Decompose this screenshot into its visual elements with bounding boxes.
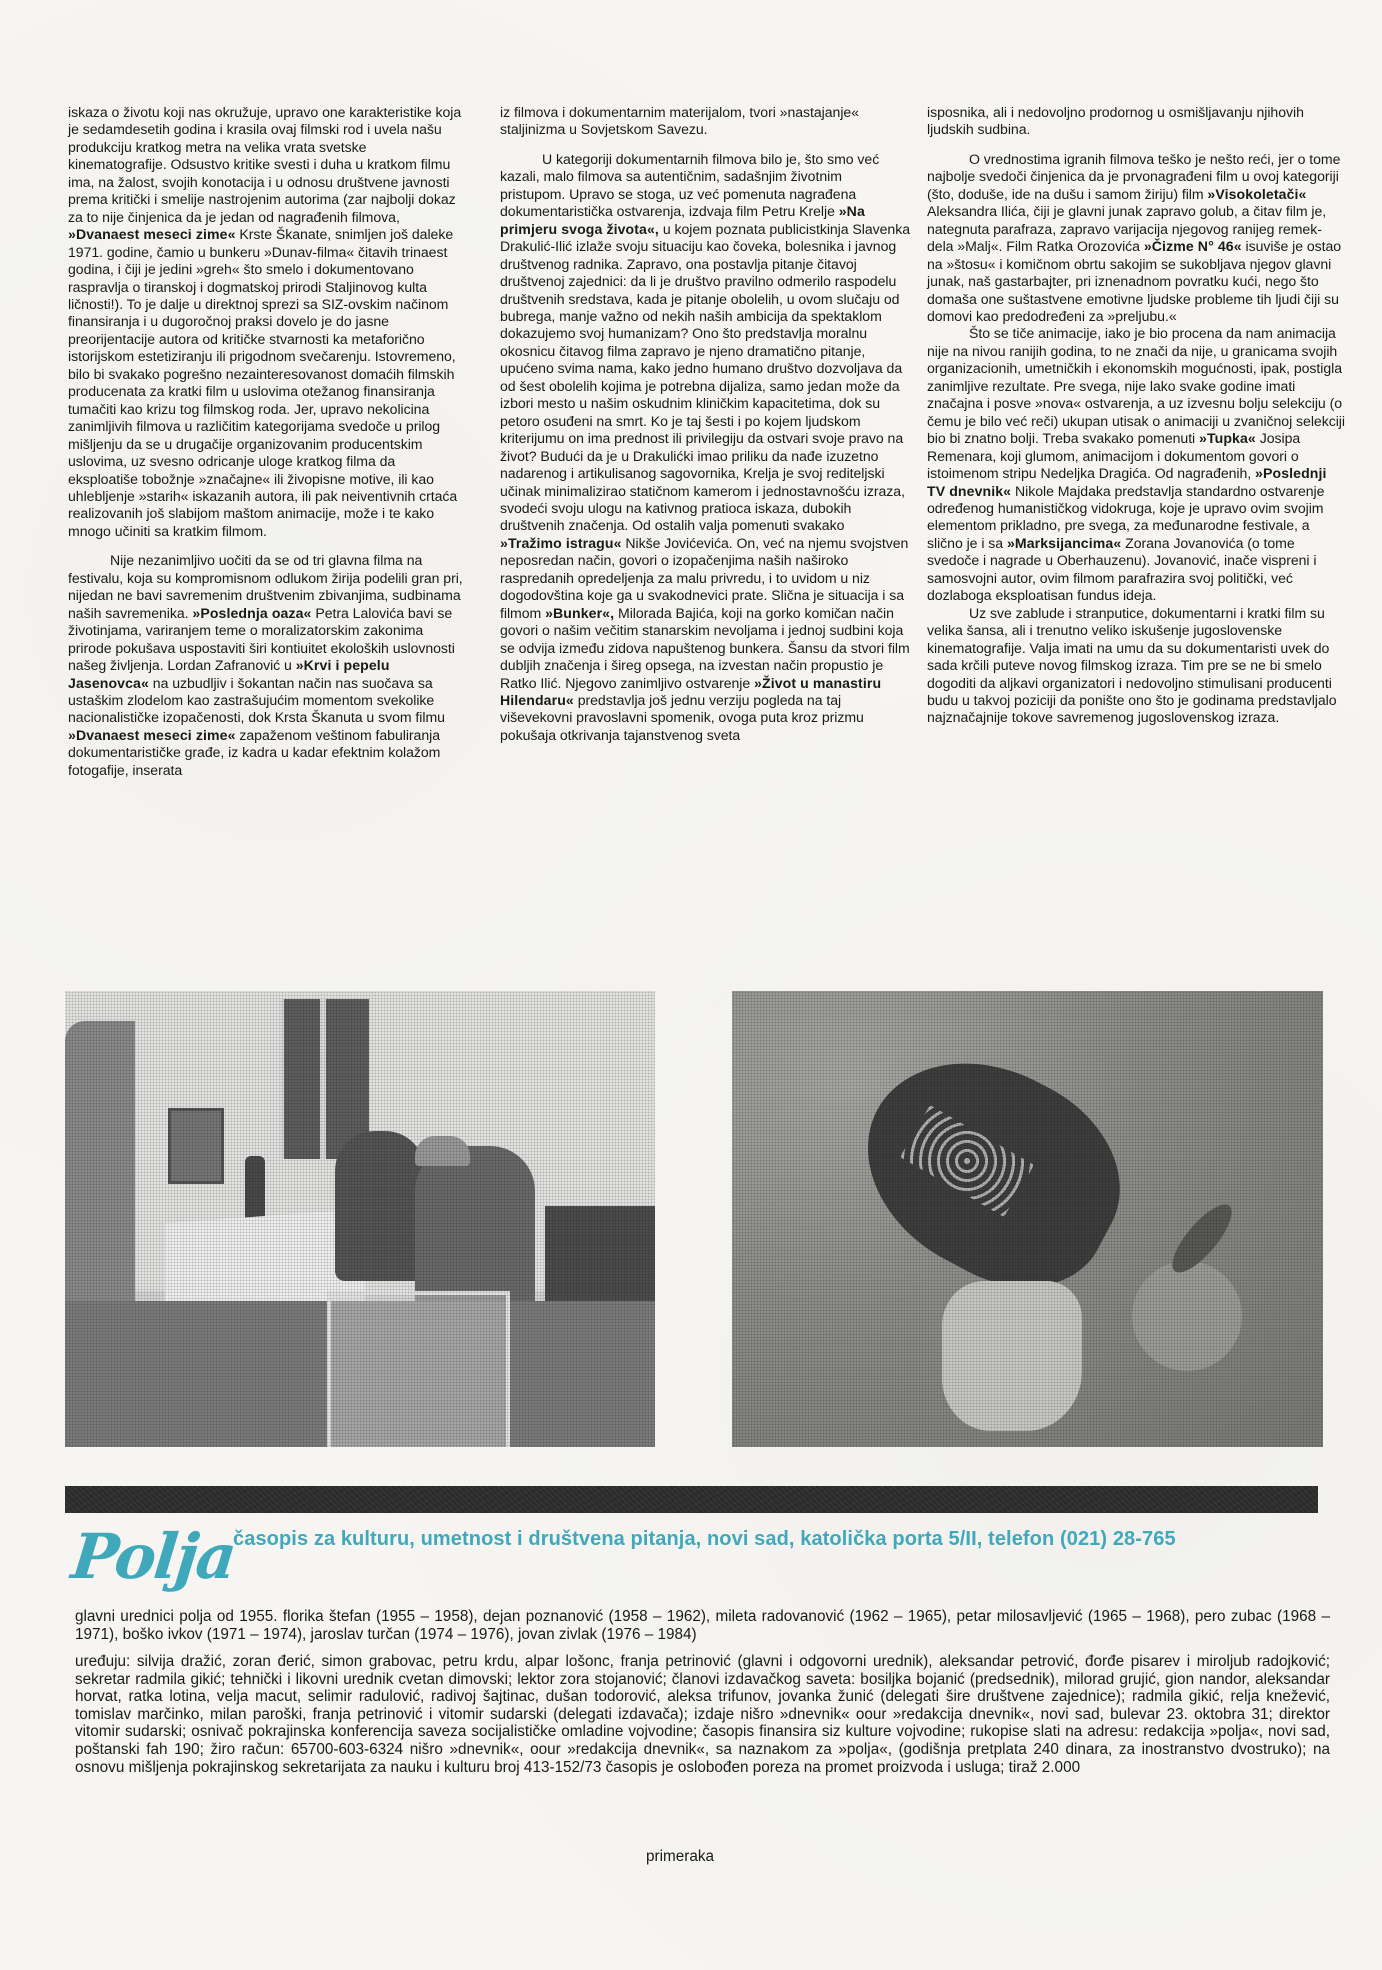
- film-title: »Tražimo istragu«: [500, 535, 622, 551]
- text-run: Što se tiče animacije, iako je bio proce…: [927, 325, 1345, 446]
- wall-sign: [168, 1108, 224, 1184]
- article-paragraph: O vrednostima igranih filmova teško je n…: [927, 151, 1347, 326]
- film-title: »Poslednja oaza«: [192, 605, 311, 621]
- text-run: Krste Škanate, snimljen još daleke 1971.…: [68, 226, 457, 539]
- article-paragraph: Uz sve zablude i stranputice, dokumentar…: [927, 605, 1347, 727]
- left-figure: [65, 1021, 135, 1321]
- masthead-tagline: časopis za kulturu, umetnost i društvena…: [233, 1528, 1333, 1550]
- photo-film-still-officers: [65, 991, 655, 1447]
- article-paragraph: iz filmova i dokumentarnim materijalom, …: [500, 104, 910, 139]
- film-title: »Dvanaest meseci zime«: [68, 727, 236, 743]
- rock: [942, 1281, 1082, 1431]
- text-run: iz filmova i dokumentarnim materijalom, …: [500, 104, 859, 137]
- polja-logo: Polja: [68, 1520, 238, 1593]
- fawn-head: [1132, 1261, 1242, 1371]
- film-title: »Bunker«,: [545, 605, 614, 621]
- divider-bar: [65, 1486, 1318, 1513]
- article-paragraph: iskaza o životu koji nas okružuje, uprav…: [68, 104, 463, 540]
- film-title: »Visokoletači«: [1207, 186, 1306, 202]
- text-run: isposnika, ali i nedovoljno prodornog u …: [927, 104, 1304, 137]
- text-run: iskaza o životu koji nas okružuje, uprav…: [68, 104, 461, 225]
- photo-film-still-fawn: [732, 991, 1323, 1447]
- wicker-chair: [327, 1291, 510, 1447]
- film-title: »Čizme N° 46«: [1144, 238, 1242, 254]
- article-column-3: isposnika, ali i nedovoljno prodornog u …: [927, 104, 1347, 727]
- article-column-2: iz filmova i dokumentarnim materijalom, …: [500, 104, 910, 744]
- film-title: »Dvanaest meseci zime«: [68, 226, 236, 242]
- imprint-end: primeraka: [646, 1848, 714, 1866]
- window-frame: [320, 999, 326, 1159]
- text-run: U kategoriji dokumentarnih filmova bilo …: [500, 151, 879, 219]
- imprint-credits: uređuju: silvija dražić, zoran đerić, si…: [75, 1653, 1330, 1776]
- text-run: u kojem poznata publicistkinja Slavenka …: [500, 221, 910, 534]
- article-column-1: iskaza o životu koji nas okružuje, uprav…: [68, 104, 463, 779]
- seated-man-back: [335, 1131, 425, 1281]
- film-title: »Marksijancima«: [1007, 535, 1121, 551]
- film-title: »Tupka«: [1199, 430, 1256, 446]
- article-paragraph: Što se tiče animacije, iako je bio proce…: [927, 325, 1347, 604]
- article-paragraph: U kategoriji dokumentarnih filmova bilo …: [500, 151, 910, 744]
- text-run: Uz sve zablude i stranputice, dokumentar…: [927, 605, 1337, 726]
- typewriter: [545, 1206, 655, 1306]
- officer-cap: [415, 1136, 470, 1166]
- article-paragraph: isposnika, ali i nedovoljno prodornog u …: [927, 104, 1347, 139]
- editors-history: glavni urednici polja od 1955. florika š…: [75, 1608, 1330, 1643]
- article-paragraph: Nije nezanimljivo uočiti da se od tri gl…: [68, 552, 463, 779]
